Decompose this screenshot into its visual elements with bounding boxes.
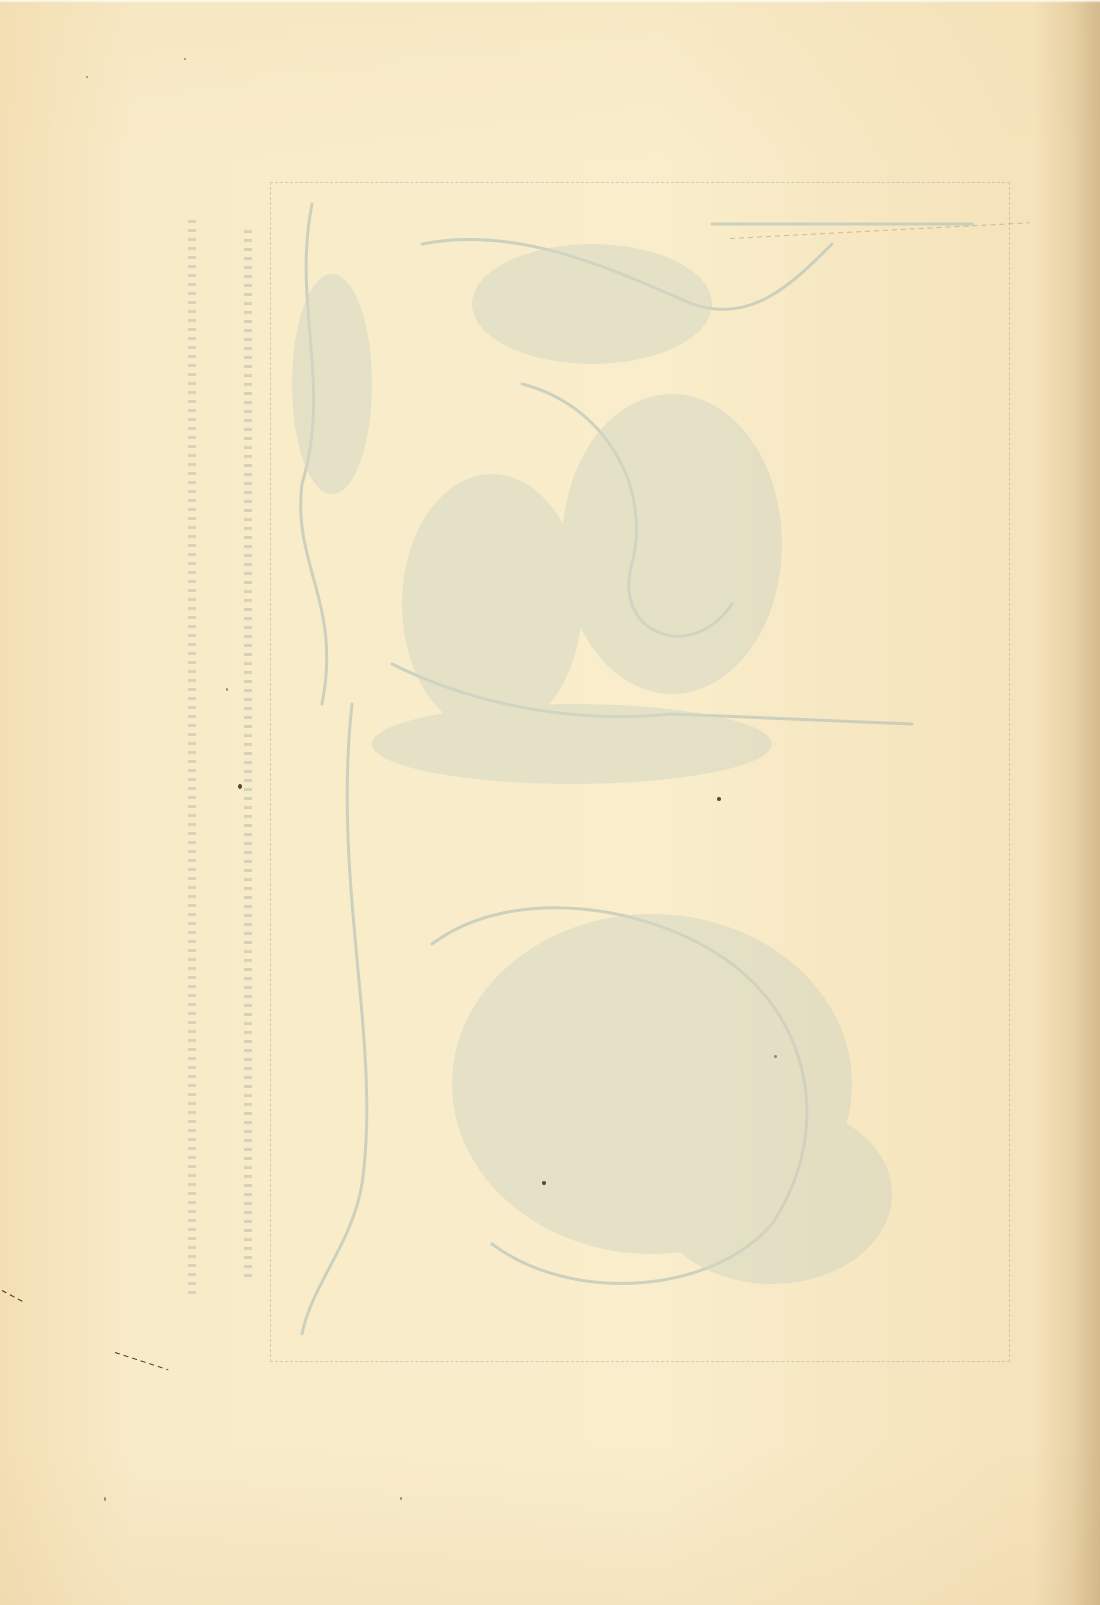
paper-speck: [104, 1497, 106, 1501]
illustration-bleed-through: [272, 184, 1008, 1360]
paper-speck: [238, 784, 242, 789]
caption-bleed-through-line-1: [188, 220, 196, 1300]
illustration-sketch-icon: [272, 184, 1008, 1360]
caption-bleed-through-line-2: [244, 230, 252, 1280]
paper-speck: [184, 58, 186, 60]
paper-speck: [226, 688, 228, 691]
paper-speck: [542, 1181, 546, 1185]
paper-speck: [717, 797, 721, 801]
page-top-edge: [0, 0, 1100, 3]
paper-speck: [86, 76, 88, 78]
paper-speck: [774, 1055, 777, 1058]
paper-speck: [400, 1497, 402, 1500]
